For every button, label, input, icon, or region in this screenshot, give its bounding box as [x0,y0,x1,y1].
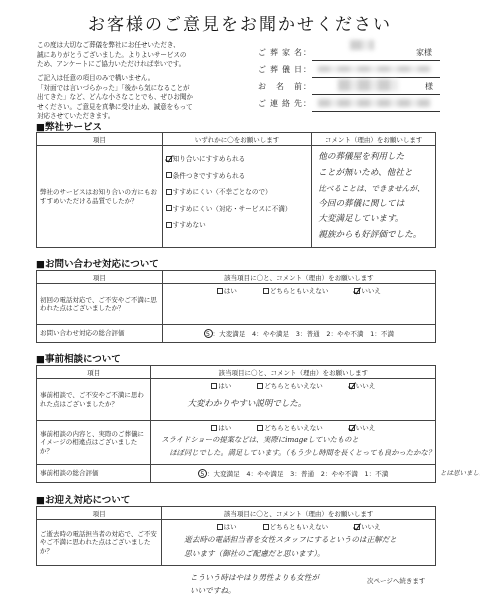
checkbox-icon[interactable] [263,524,269,530]
rating-2[interactable]: 2：やや不満 [321,470,358,478]
section-heading-consultation: ■事前相談について [36,351,121,365]
inquiry-table: 項目 該当項目に〇と、コメント（理由）をお願いします 初回の電話対応で、ご不安や… [36,270,436,343]
answer-cell[interactable]: はい どちらともいえない いいえ 大変わかりやすい説明でした。 [151,379,436,421]
field-colon: ： [303,98,311,109]
redacted-value [350,40,374,50]
comment-line: こういう時はやはり男性よりも女性が [190,571,319,584]
field-suffix: 家様 [416,47,432,58]
checkbox-icon[interactable] [263,288,269,294]
handwritten-comment[interactable]: 逝去時の電話担当者を女性スタッフにするというのは正解だと 思います（御社のご配慮… [162,531,435,561]
option-no[interactable]: いいえ [349,381,376,390]
pickup-table: 項目 該当項目に〇と、コメント（理由）をお願いします ご逝去時の電話担当者の対応… [36,506,436,566]
col-header-item: 項目 [37,507,162,520]
circled-selection-icon: 5 [198,469,207,478]
yes-no-options: はい どちらともいえない いいえ [162,520,435,531]
rating-label: 事前相談の総合評価 [37,465,151,483]
handwritten-comment[interactable]: 他の葬儀屋を利用した ことが無いため、他社と 比べることは、できませんが、 今回… [312,146,436,248]
field-underline [312,111,440,112]
intro-line: ご記入は任意の項目のみで構いません。 [37,74,247,84]
yes-no-options: はい どちらともいえない いいえ [151,379,435,390]
field-underline [312,77,440,78]
rating-1[interactable]: 1：不満 [370,330,394,338]
redacted-value [338,79,398,91]
checkbox-icon[interactable] [166,189,172,195]
choice-conditional[interactable]: 条件つきですすめられる [163,168,312,185]
option-neutral[interactable]: どちらともいえない [263,522,329,531]
comment-line: 親族からも好評価でした。 [318,228,431,244]
option-neutral[interactable]: どちらともいえない [263,286,329,295]
handwritten-overflow-comment: こういう時はやはり男性よりも女性が いいですね。 [190,571,319,597]
option-neutral[interactable]: どちらともいえない [257,423,323,432]
rating-5[interactable]: 5：大変満足 [198,470,240,478]
option-yes[interactable]: はい [211,381,231,390]
field-colon: ： [303,47,311,58]
field-label: お名前 [258,81,302,92]
rating-1[interactable]: 1：不満 [364,470,388,478]
comment-line: 比べることは、できませんが、 [318,181,431,197]
margin-note: とは思いました） [440,468,480,477]
col-header-choice: いずれかに〇をお願いします [162,133,312,146]
handwritten-comment[interactable]: 大変わかりやすい説明でした。 [151,390,435,409]
col-header-item: 項目 [37,366,151,379]
col-header-answer: 該当項目に〇と、コメント（理由）をお願いします [162,271,435,284]
question-cell: 初回の電話対応で、ご不安やご不満に思われた点はございましたか？ [37,284,163,325]
checkbox-icon[interactable] [257,425,263,431]
consultation-table: 項目 該当項目に〇と、コメント（理由）をお願いします 事前相談で、ご不安やご不満… [36,365,436,483]
comment-line: 他の葬儀屋を利用した [318,150,431,166]
yes-no-options: はい どちらともいえない いいえ [163,284,435,295]
rating-scale[interactable]: 5：大変満足 4：やや満足 3：普通 2：やや不満 1：不満 [151,465,436,483]
redacted-value [318,99,430,107]
intro-line: 出てきた」など、どんな小さなことでも、ぜひお聞か [37,93,247,103]
checkbox-icon[interactable] [166,222,172,228]
redacted-value [318,66,430,72]
intro-line: この度は大切なご葬儀を弊社にお任せいただき、 [37,41,247,51]
comment-line: スライドショーの提案などは、実際にimageしていたものと [161,433,435,446]
option-yes[interactable]: はい [217,286,237,295]
comment-line: 大変満足しています。 [318,212,431,228]
rating-4[interactable]: 4：やや満足 [246,470,283,478]
field-underline [312,94,440,95]
field-colon: ： [303,64,311,75]
section-heading-service: ■弊社サービス [36,119,102,133]
service-table: 項目 いずれかに〇をお願いします コメント（理由）をお願いします 弊社のサービス… [36,132,436,248]
field-colon: ： [303,81,311,92]
handwritten-comment[interactable]: スライドショーの提案などは、実際にimageしていたものと ほぼ同じでした。満足… [151,432,435,459]
intro-line: ため、アンケートにご協力いただければ幸いです。 [37,60,247,70]
rating-2[interactable]: 2：やや不満 [326,330,363,338]
option-yes[interactable]: はい [211,423,231,432]
page-title: お客様のご意見をお聞かせください [0,10,480,35]
rating-scale[interactable]: 5：大変満足 4：やや満足 3：普通 2：やや不満 1：不満 [162,325,435,343]
choice-list: 知り合いにすすめられる 条件つきですすめられる すすめにくい（不幸ごとなので） … [162,146,312,248]
rating-5[interactable]: 5：大変満足 [204,330,246,338]
checkbox-icon[interactable] [211,383,217,389]
checkbox-checked-icon[interactable] [354,524,360,530]
rating-label: お問い合わせ対応の総合評価 [37,325,163,343]
option-no[interactable]: いいえ [354,286,381,295]
checkbox-icon[interactable] [217,288,223,294]
question-cell: 事前相談で、ご不安やご不満に思われた点はございましたか？ [37,379,151,421]
col-header-answer: 該当項目に〇と、コメント（理由）をお願いします [162,507,436,520]
intro-paragraph-2: ご記入は任意の項目のみで構いません。 「対面では言いづらかった」「後から気になる… [37,74,247,122]
continue-next-page-note: 次ページへ続きます [367,576,425,585]
col-header-comment: コメント（理由）をお願いします [312,133,436,146]
rating-3[interactable]: 3：普通 [290,470,314,478]
answer-cell[interactable]: はい どちらともいえない いいえ スライドショーの提案などは、実際にimageし… [151,421,436,465]
option-yes[interactable]: はい [217,522,237,531]
checkbox-checked-icon[interactable] [349,383,355,389]
circled-selection-icon: 5 [204,329,213,338]
checkbox-checked-icon[interactable] [166,156,172,162]
field-label: ご葬儀日 [258,64,302,75]
option-no[interactable]: いいえ [349,423,376,432]
choice-recommend[interactable]: 知り合いにすすめられる [163,151,312,168]
col-header-item: 項目 [37,133,163,146]
comment-line: ほぼ同じでした。満足しています。（もう少し時間を長くとっても良かったかな？ [161,446,435,459]
checkbox-icon[interactable] [257,383,263,389]
section-heading-inquiry: ■お問い合わせ対応について [36,256,159,270]
option-no[interactable]: いいえ [354,522,381,531]
question-cell: 弊社のサービスはお知り合いの方にもおすすめいただける品質でしたか？ [37,146,163,248]
rating-4[interactable]: 4：やや満足 [252,330,289,338]
comment-line: いいですね。 [190,584,319,597]
checkbox-icon[interactable] [166,205,172,211]
field-underline [312,60,440,61]
choice-not-recommend[interactable]: すすめない [163,217,312,234]
comment-line: 思います（御社のご配慮だと思います）。 [184,547,435,561]
col-header-item: 項目 [37,271,163,284]
rating-3[interactable]: 3：普通 [296,330,320,338]
intro-line: せください。ご意見を真摯に受け止め、誠意をもって [37,103,247,113]
field-label: ご連絡先 [258,98,302,109]
checkbox-icon[interactable] [217,524,223,530]
answer-cell[interactable]: はい どちらともいえない いいえ 逝去時の電話担当者を女性スタッフにするというの… [162,520,436,566]
answer-cell[interactable]: はい どちらともいえない いいえ [162,284,435,325]
comment-line: ことが無いため、他社と [318,166,431,182]
question-cell: 事前相談の内容と、実際のご葬儀にイメージの相違点はございましたか？ [37,421,151,465]
checkbox-icon[interactable] [211,425,217,431]
choice-hard-dissatisfied[interactable]: すすめにくい（対応・サービスに不満） [163,201,312,218]
yes-no-options: はい どちらともいえない いいえ [151,421,435,432]
checkbox-icon[interactable] [166,172,172,178]
section-heading-pickup: ■お迎え対応について [36,492,130,506]
question-cell: ご逝去時の電話担当者の対応で、ご不安やご不満に思われた点はございましたか？ [37,520,162,566]
field-label: ご葬家名 [258,47,302,58]
checkbox-checked-icon[interactable] [354,288,360,294]
col-header-answer: 該当項目に〇と、コメント（理由）をお願いします [151,366,436,379]
comment-line: 今回の葬儀に関しては [318,197,431,213]
checkbox-checked-icon[interactable] [349,425,355,431]
intro-line: 「対面では言いづらかった」「後から気になることが [37,84,247,94]
intro-paragraph-1: この度は大切なご葬儀を弊社にお任せいただき、 誠にありがとうございました。よりよ… [37,41,247,70]
option-neutral[interactable]: どちらともいえない [257,381,323,390]
choice-hard-misfortune[interactable]: すすめにくい（不幸ごとなので） [163,184,312,201]
field-suffix: 様 [425,81,433,92]
intro-line: 誠にありがとうございました。よりよいサービスの [37,51,247,61]
comment-line: 逝去時の電話担当者を女性スタッフにするというのは正解だと [184,533,435,547]
